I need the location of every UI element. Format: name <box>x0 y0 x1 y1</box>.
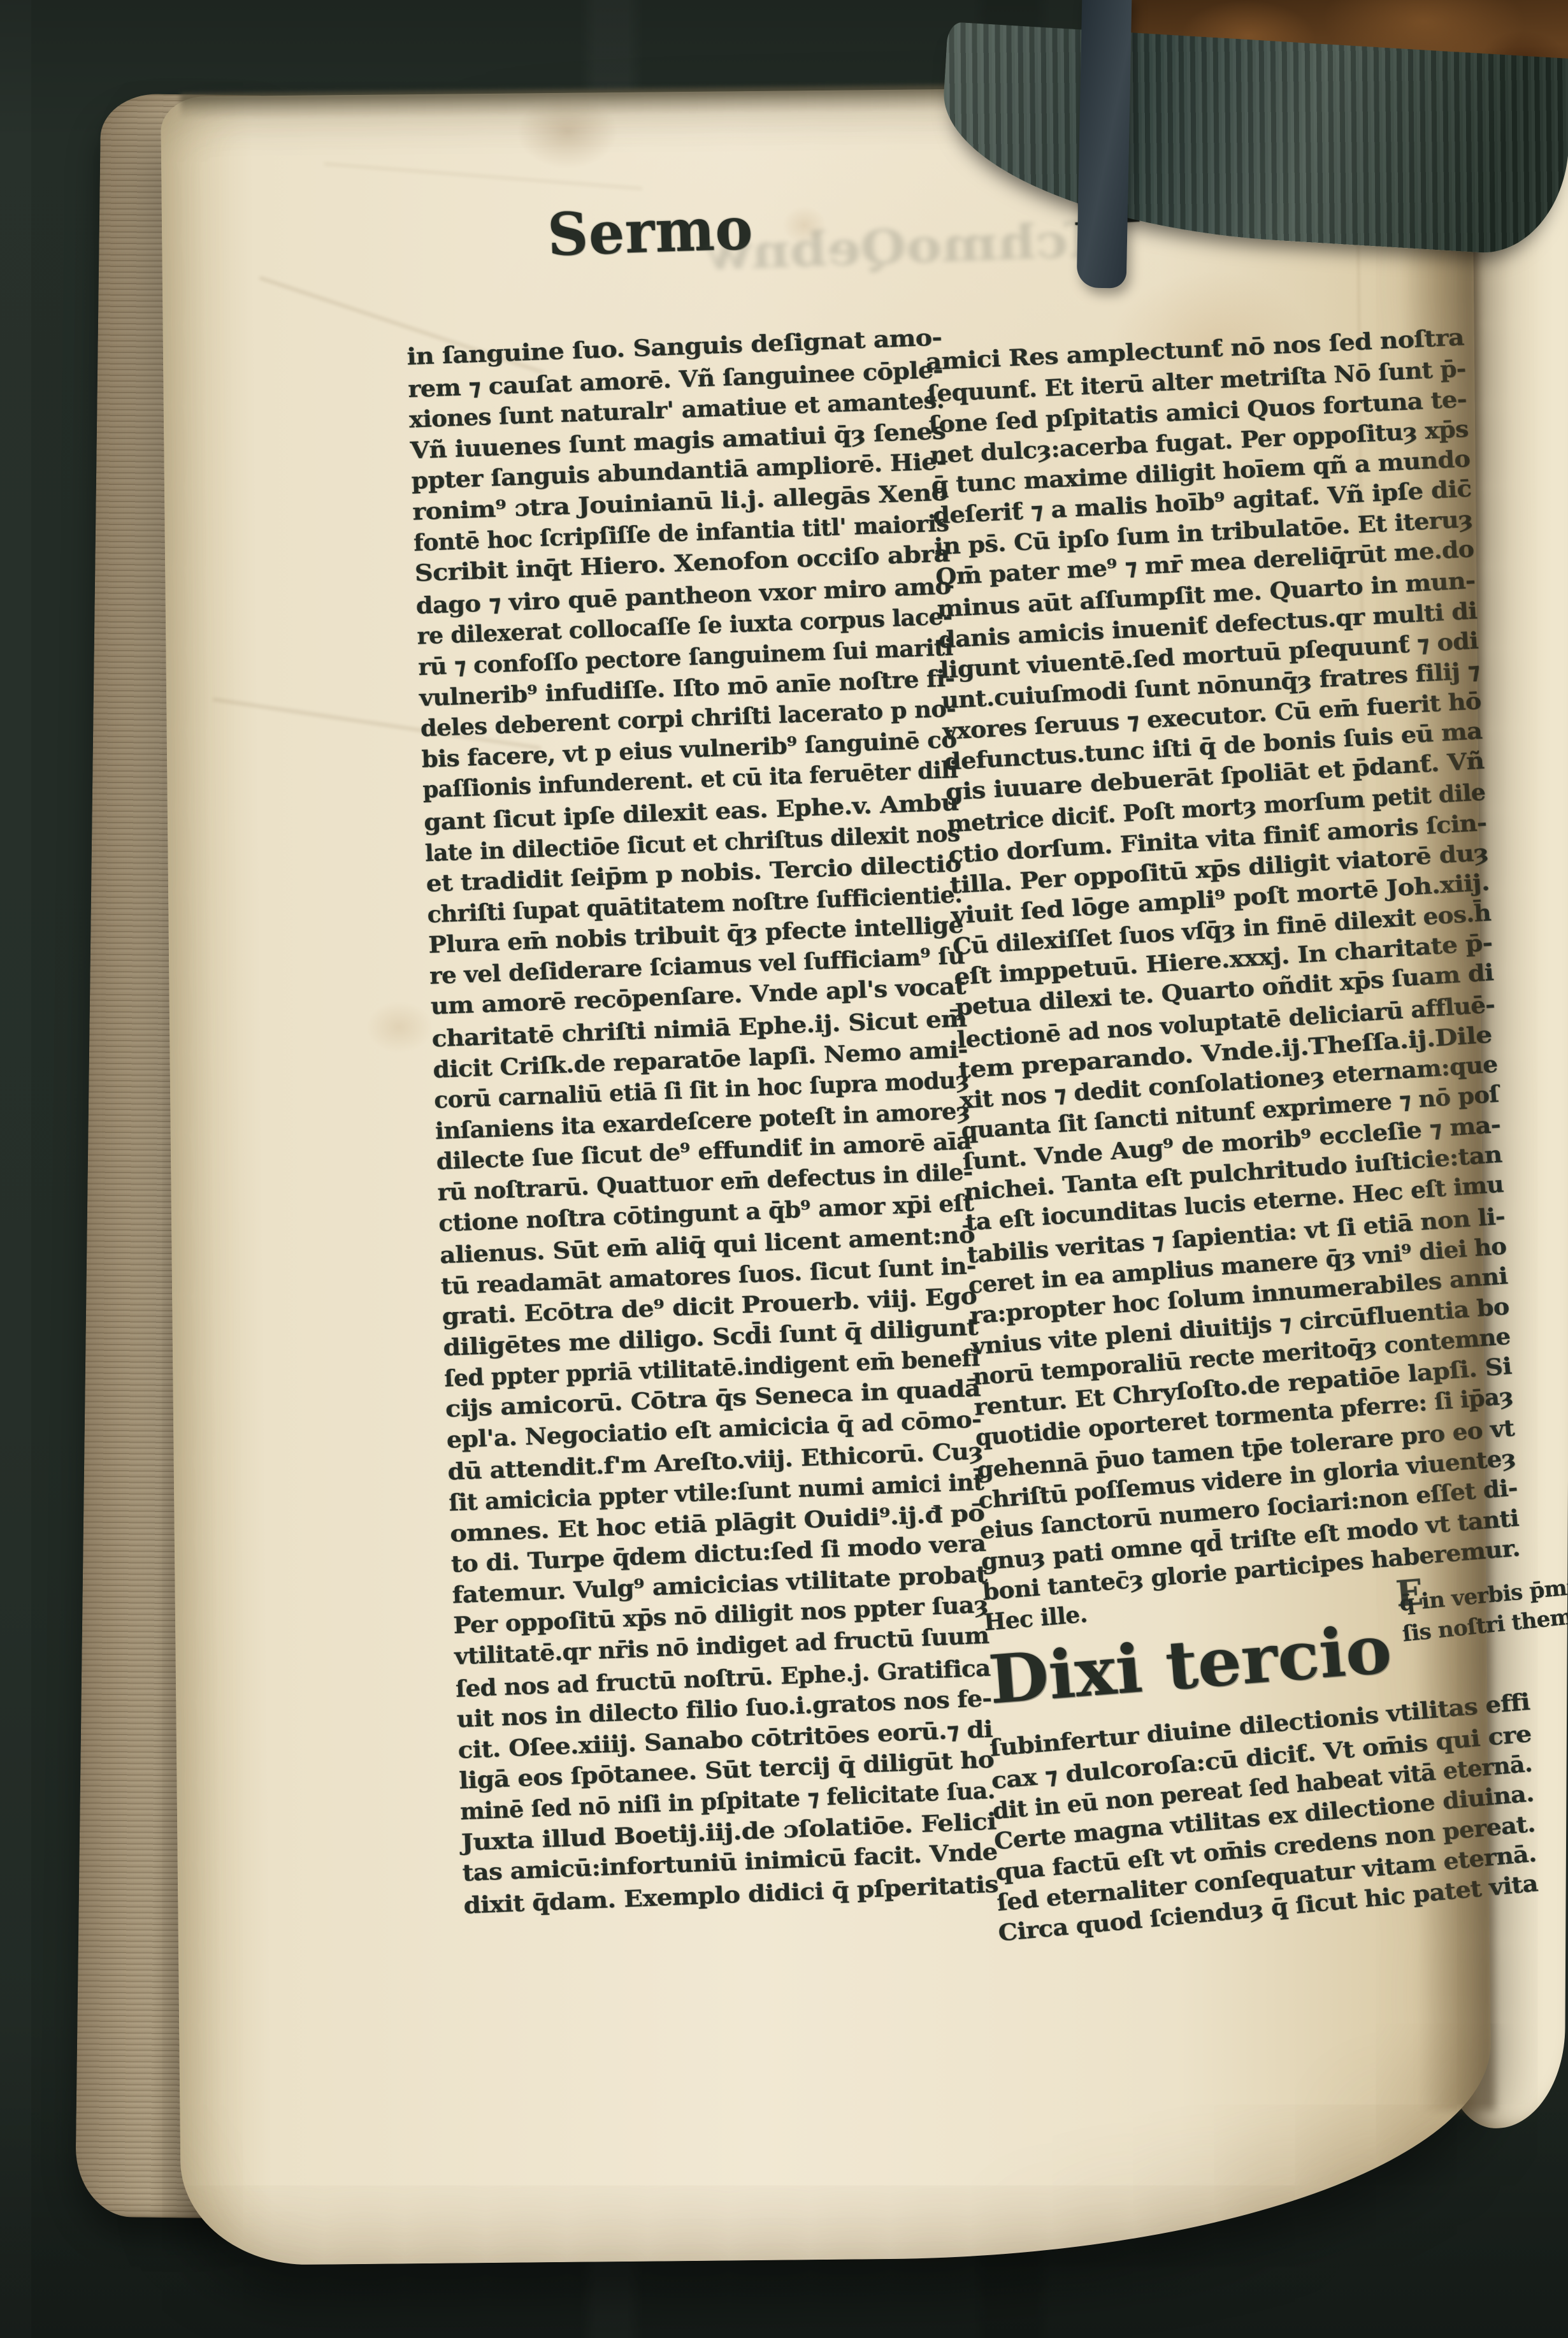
binding-shadow <box>1077 0 1132 289</box>
showthrough-text: ſchmoQebnw <box>705 213 1091 281</box>
book-photo-scene: Sermo ſchmoQebnw LXXVII in ſanguine ſuo.… <box>0 0 1568 2338</box>
paper-crease <box>324 163 642 190</box>
left-text-column: in ſanguine ſuo. Sanguis deſignat amo-re… <box>406 324 1004 1923</box>
book-page: Sermo ſchmoQebnw LXXVII in ſanguine ſuo.… <box>161 84 1493 2266</box>
